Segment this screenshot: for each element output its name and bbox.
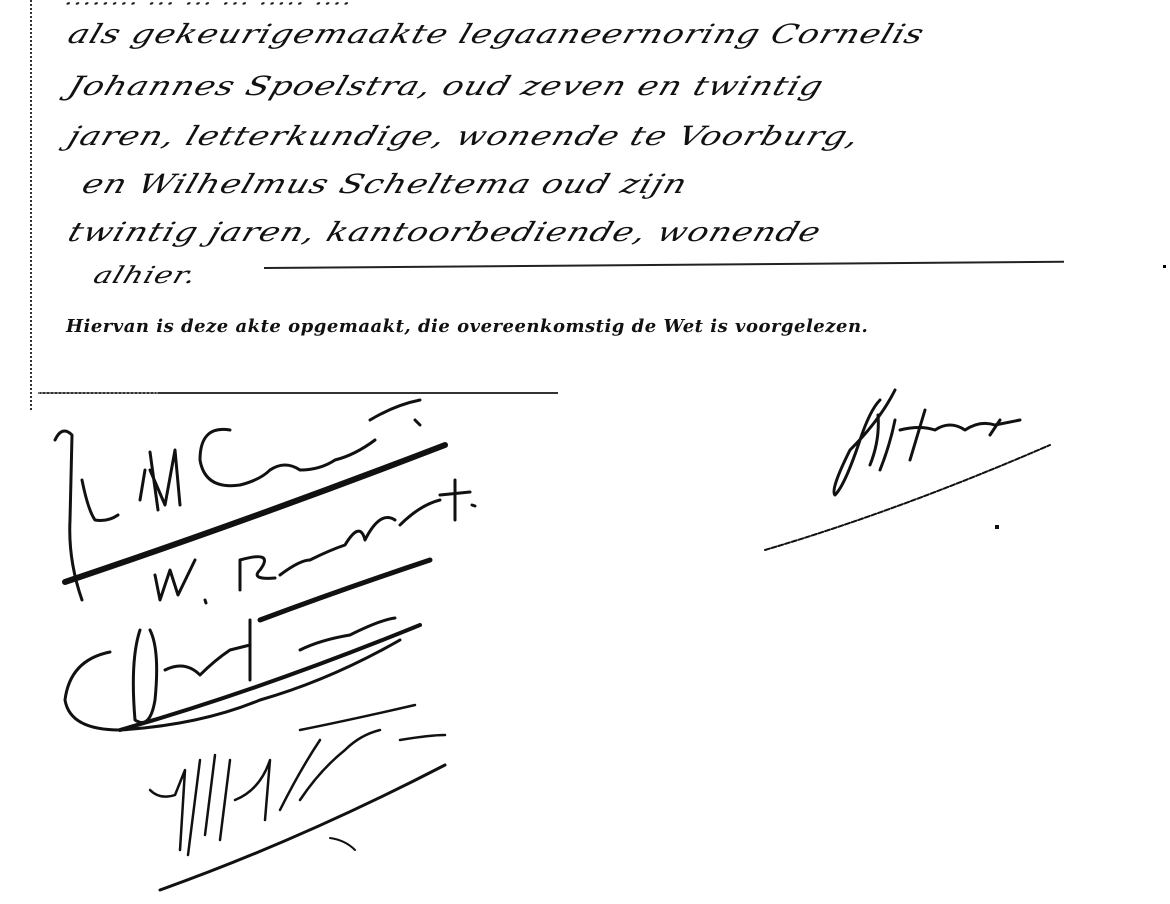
signature-4-strokes xyxy=(150,705,445,855)
signatures-drawing xyxy=(0,0,1170,904)
stray-dot-mark xyxy=(995,525,999,529)
signature-2-strokes xyxy=(155,480,475,603)
signature-3-strokes xyxy=(65,618,400,730)
deed-page: ........ ... ... ... ..... .... als geke… xyxy=(0,0,1170,904)
signature-official-strokes xyxy=(834,390,1020,495)
